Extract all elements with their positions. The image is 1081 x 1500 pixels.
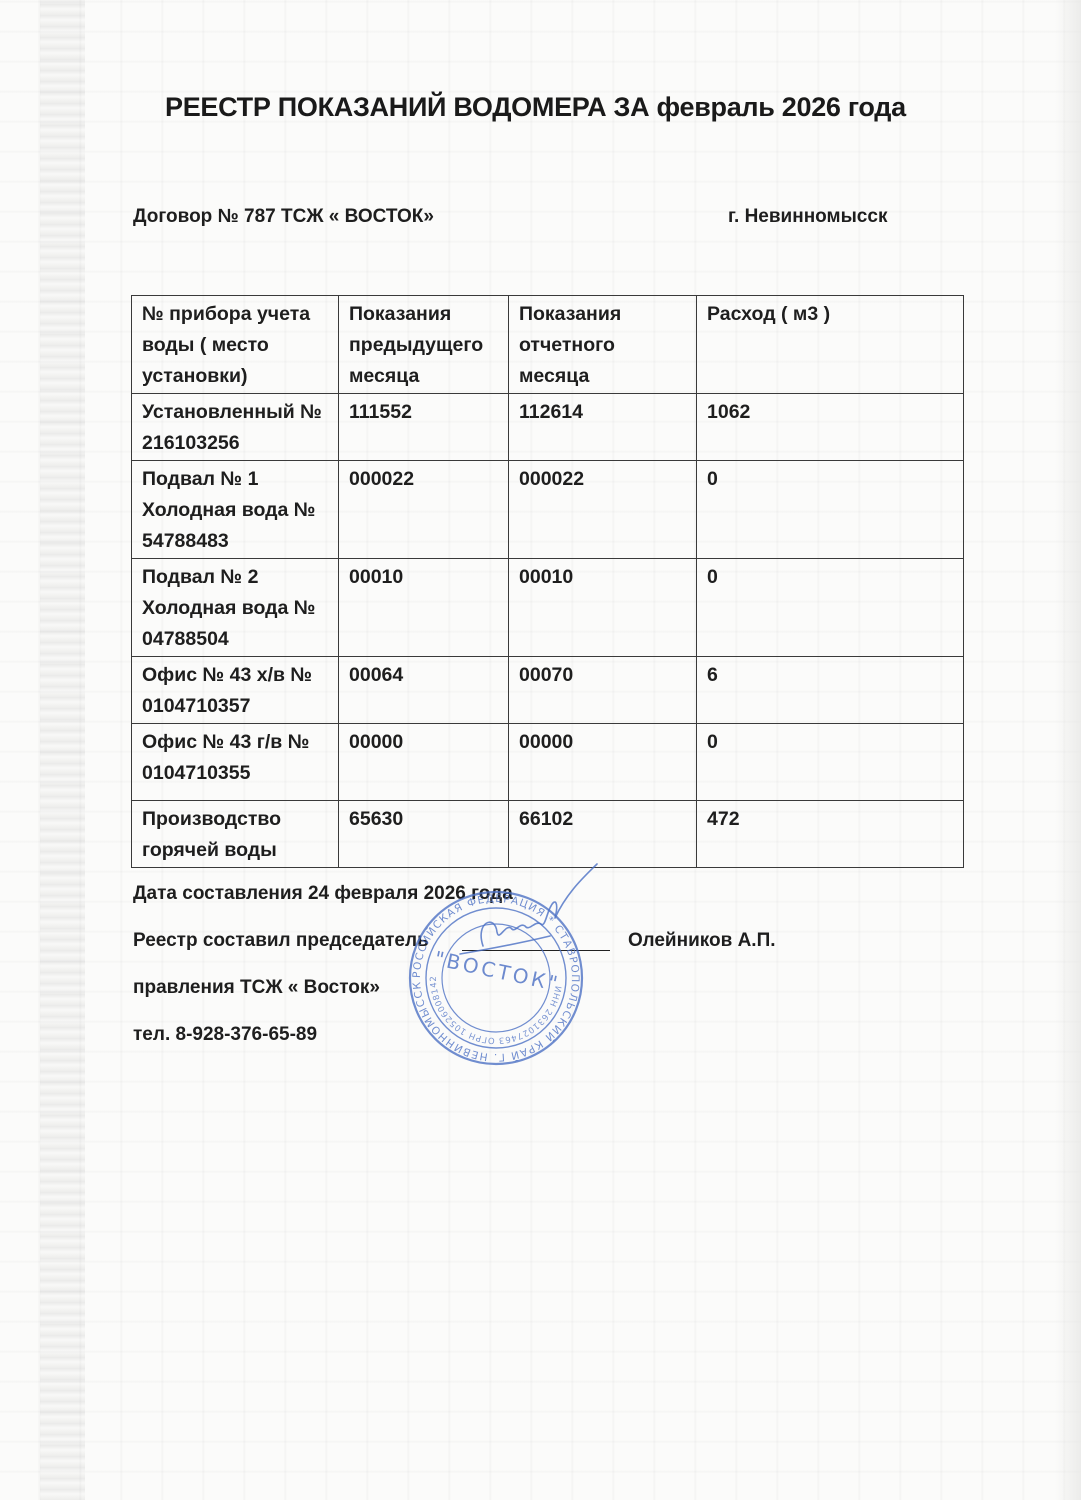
signer-name: Олейников А.П. [628, 930, 776, 952]
compilation-date: Дата составления 24 февраля 2026 года [133, 883, 513, 905]
cell-current: 000022 [509, 461, 697, 559]
cell-meter: Производство горячей воды [132, 801, 339, 868]
svg-text:ИНН 2631027463 ОГРН 1052600814: ИНН 2631027463 ОГРН 1052600814287 [398, 888, 563, 1045]
cell-meter: Подвал № 2 Холодная вода № 04788504 [132, 559, 339, 657]
cell-previous: 000022 [339, 461, 509, 559]
cell-consumption: 6 [697, 657, 964, 724]
cell-consumption: 0 [697, 724, 964, 801]
cell-meter: Офис № 43 х/в № 0104710357 [132, 657, 339, 724]
handwritten-signature [455, 862, 605, 962]
table-row: Офис № 43 х/в № 0104710357 00064 00070 6 [132, 657, 964, 724]
svg-text:"ВОСТОК": "ВОСТОК" [432, 946, 562, 996]
organization-stamp: РОССИЙСКАЯ ФЕДЕРАЦИЯ * СТАВРОПОЛЬСКИЙ КР… [398, 888, 594, 1068]
header-consumption: Расход ( м3 ) [697, 296, 964, 394]
table-row: Производство горячей воды 65630 66102 47… [132, 801, 964, 868]
table-row: Установленный № 216103256 111552 112614 … [132, 394, 964, 461]
cell-current: 66102 [509, 801, 697, 868]
cell-meter: Офис № 43 г/в № 0104710355 [132, 724, 339, 801]
signature-line [462, 950, 610, 951]
cell-current: 00070 [509, 657, 697, 724]
table-header-row: № прибора учета воды ( место установки) … [132, 296, 964, 394]
cell-previous: 111552 [339, 394, 509, 461]
document-title: РЕЕСТР ПОКАЗАНИЙ ВОДОМЕРА ЗА февраль 202… [165, 92, 906, 123]
cell-meter: Подвал № 1 Холодная вода № 54788483 [132, 461, 339, 559]
cell-meter: Установленный № 216103256 [132, 394, 339, 461]
header-previous-reading: Показания предыдущего месяца [339, 296, 509, 394]
cell-current: 00010 [509, 559, 697, 657]
header-current-reading: Показания отчетного месяца [509, 296, 697, 394]
board-label: правления ТСЖ « Восток» [133, 977, 380, 999]
header-meter: № прибора учета воды ( место установки) [132, 296, 339, 394]
table-row: Офис № 43 г/в № 0104710355 00000 00000 0 [132, 724, 964, 801]
city-name: г. Невинномысск [728, 206, 887, 228]
contract-number: Договор № 787 ТСЖ « ВОСТОК» [133, 206, 434, 228]
compiler-label: Реестр составил председатель [133, 930, 429, 952]
scan-edge-artifact [40, 0, 85, 1500]
cell-previous: 00000 [339, 724, 509, 801]
svg-text:РОССИЙСКАЯ ФЕДЕРАЦИЯ * СТАВРОП: РОССИЙСКАЯ ФЕДЕРАЦИЯ * СТАВРОПОЛЬСКИЙ КР… [398, 888, 581, 1063]
cell-current: 112614 [509, 394, 697, 461]
cell-previous: 00010 [339, 559, 509, 657]
meter-readings-table: № прибора учета воды ( место установки) … [131, 295, 964, 868]
cell-previous: 00064 [339, 657, 509, 724]
cell-current: 00000 [509, 724, 697, 801]
cell-consumption: 0 [697, 559, 964, 657]
scan-edge-shadow [1055, 0, 1081, 1500]
phone-number: тел. 8-928-376-65-89 [133, 1024, 317, 1046]
cell-previous: 65630 [339, 801, 509, 868]
table-row: Подвал № 1 Холодная вода № 54788483 0000… [132, 461, 964, 559]
cell-consumption: 1062 [697, 394, 964, 461]
cell-consumption: 472 [697, 801, 964, 868]
table-row: Подвал № 2 Холодная вода № 04788504 0001… [132, 559, 964, 657]
cell-consumption: 0 [697, 461, 964, 559]
